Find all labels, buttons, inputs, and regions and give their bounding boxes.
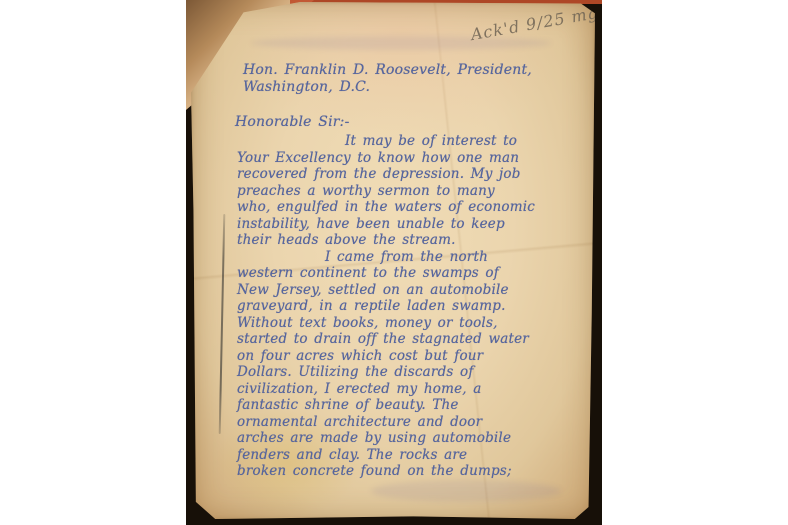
body-line: ornamental architecture and door — [237, 414, 577, 431]
body-line: New Jersey, settled on an automobile — [237, 282, 577, 299]
body-line: their heads above the stream. — [237, 232, 577, 249]
body-line: on four acres which cost but four — [237, 348, 577, 365]
pencil-ackd-annotation: Ack'd 9/25 mg — [469, 3, 600, 44]
screenshot-stage: Ack'd 9/25 mg Hon. Franklin D. Roosevelt… — [0, 0, 788, 525]
body-line: who, engulfed in the waters of economic — [237, 199, 577, 216]
body-line: arches are made by using automobile — [237, 430, 577, 447]
body-line: Without text books, money or tools, — [237, 315, 577, 332]
address-line: Washington, D.C. — [243, 79, 532, 96]
body-line: preaches a worthy sermon to many — [237, 183, 577, 200]
body-line: broken concrete found on the dumps; — [237, 463, 577, 480]
address-block: Hon. Franklin D. Roosevelt, President, W… — [243, 62, 532, 96]
body-line: civilization, I erected my home, a — [237, 381, 577, 398]
body-line: It may be of interest to — [345, 133, 577, 150]
salutation: Honorable Sir:- — [235, 114, 350, 130]
body-line: Dollars. Utilizing the discards of — [237, 364, 577, 381]
body-line: Your Excellency to know how one man — [237, 150, 577, 167]
body-line: instability, have been unable to keep — [237, 216, 577, 233]
body-line: western continent to the swamps of — [237, 265, 577, 282]
body-line: fenders and clay. The rocks are — [237, 447, 577, 464]
body-line: recovered from the depression. My job — [237, 166, 577, 183]
letter-photograph: Ack'd 9/25 mg Hon. Franklin D. Roosevelt… — [186, 0, 602, 525]
body-line: graveyard, in a reptile laden swamp. — [237, 298, 577, 315]
pencil-margin-line — [219, 214, 226, 434]
body-line: I came from the north — [325, 249, 577, 266]
body-line: started to drain off the stagnated water — [237, 331, 577, 348]
letter-paper: Ack'd 9/25 mg Hon. Franklin D. Roosevelt… — [191, 2, 595, 520]
letter-body: It may be of interest to Your Excellency… — [237, 133, 577, 480]
address-line: Hon. Franklin D. Roosevelt, President, — [243, 62, 532, 79]
ink-bleed-through — [371, 480, 561, 502]
body-line: fantastic shrine of beauty. The — [237, 397, 577, 414]
